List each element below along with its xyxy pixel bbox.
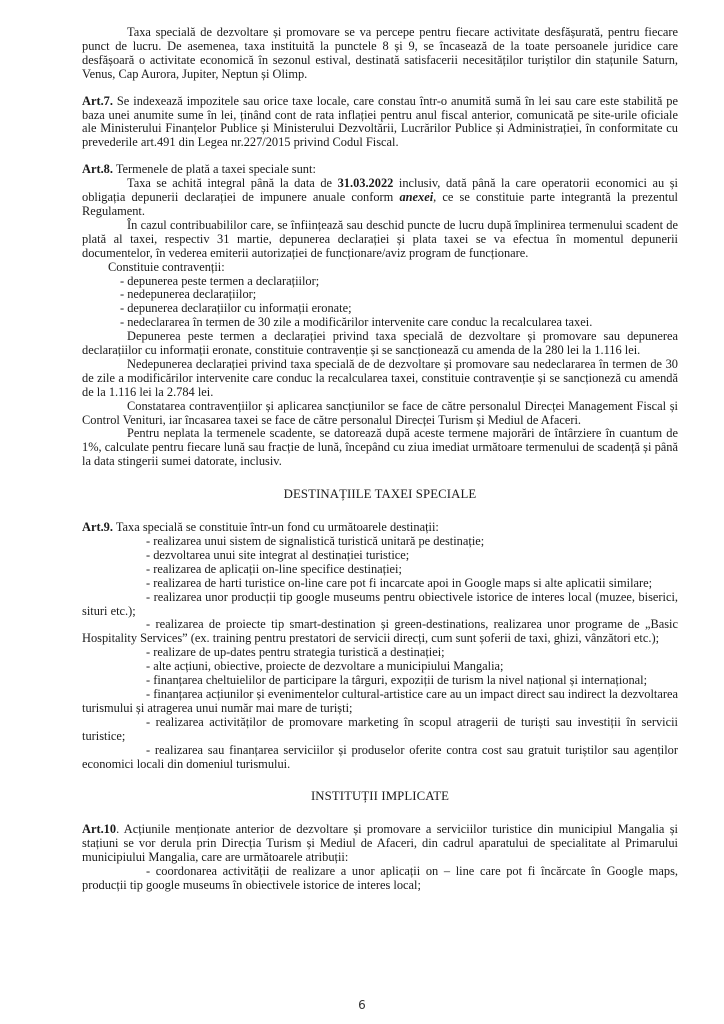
document-page: Taxa specială de dezvoltare și promovare… xyxy=(0,0,724,1024)
article-8-intro: Art.8. Termenele de plată a taxei specia… xyxy=(82,163,678,177)
list-item: - finanțarea acțiunilor și evenimentelor… xyxy=(82,688,678,716)
payment-deadline-date: 31.03.2022 xyxy=(338,176,394,190)
list-item: - realizarea activităților de promovare … xyxy=(82,716,678,744)
document-body: Taxa specială de dezvoltare și promovare… xyxy=(82,26,678,893)
article-7-label: Art.7. xyxy=(82,94,113,108)
list-item: - coordonarea activității de realizare a… xyxy=(82,865,678,893)
text-fragment: Taxa se achită integral până la data de xyxy=(127,176,338,190)
list-item: - depunerea peste termen a declarațiilor… xyxy=(82,275,678,289)
article-7: Art.7. Se indexează impozitele sau orice… xyxy=(82,95,678,151)
list-item: - realizarea de aplicații on-line specif… xyxy=(82,563,678,577)
article-8-paragraph-6: Pentru neplata la termenele scadente, se… xyxy=(82,427,678,469)
article-9-intro: Art.9. Taxa specială se constituie într-… xyxy=(82,521,678,535)
article-10-text: . Acțiunile menționate anterior de dezvo… xyxy=(82,822,678,864)
article-9-intro-text: Taxa specială se constituie într-un fond… xyxy=(113,520,439,534)
article-8-paragraph-5: Constatarea contravențiilor și aplicarea… xyxy=(82,400,678,428)
article-7-text: Se indexează impozitele sau orice taxe l… xyxy=(82,94,678,150)
article-8-intro-text: Termenele de plată a taxei speciale sunt… xyxy=(113,162,316,176)
list-item: - nedeclararea în termen de 30 zile a mo… xyxy=(82,316,678,330)
section-heading-institutii: INSTITUȚII IMPLICATE xyxy=(82,790,678,804)
article-10: Art.10. Acțiunile menționate anterior de… xyxy=(82,823,678,865)
list-item: - realizarea sau finanțarea serviciilor … xyxy=(82,744,678,772)
list-item: - realizarea de proiecte tip smart-desti… xyxy=(82,618,678,646)
list-item: - realizarea de harti turistice on-line … xyxy=(82,577,678,591)
intro-paragraph: Taxa specială de dezvoltare și promovare… xyxy=(82,26,678,82)
list-item: - depunerea declarațiilor cu informații … xyxy=(82,302,678,316)
article-9-label: Art.9. xyxy=(82,520,113,534)
article-8-paragraph-1: Taxa se achită integral până la data de … xyxy=(82,177,678,219)
article-8-paragraph-3: Depunerea peste termen a declarației pri… xyxy=(82,330,678,358)
list-item: - nedepunerea declarațiilor; xyxy=(82,288,678,302)
list-item: - finanțarea cheltuielilor de participar… xyxy=(82,674,678,688)
list-item: - realizarea unor producții tip google m… xyxy=(82,591,678,619)
list-item: - realizare de up-dates pentru strategia… xyxy=(82,646,678,660)
page-number: 6 xyxy=(0,999,724,1013)
article-8-paragraph-4: Nedepunerea declarației privind taxa spe… xyxy=(82,358,678,400)
contraventii-title: Constituie contravenții: xyxy=(82,261,678,275)
list-item: - dezvoltarea unui site integrat al dest… xyxy=(82,549,678,563)
list-item: - alte acțiuni, obiective, proiecte de d… xyxy=(82,660,678,674)
article-8-label: Art.8. xyxy=(82,162,113,176)
article-8-paragraph-2: În cazul contribuabililor care, se înfii… xyxy=(82,219,678,261)
annex-reference: anexei xyxy=(399,190,433,204)
article-10-label: Art.10 xyxy=(82,822,116,836)
list-item: - realizarea unui sistem de signalistică… xyxy=(82,535,678,549)
section-heading-destinatii: DESTINAȚIILE TAXEI SPECIALE xyxy=(82,488,678,502)
